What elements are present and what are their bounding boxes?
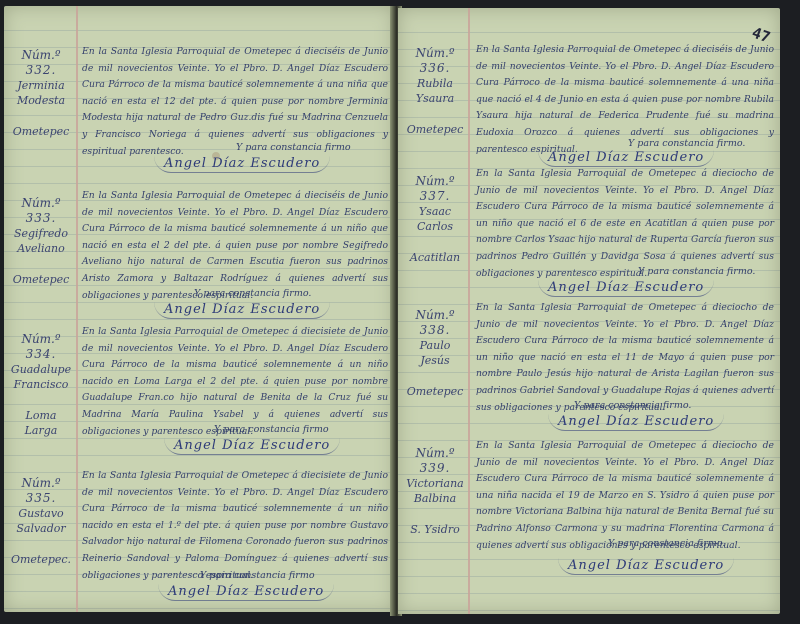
entry-number: 338.: [402, 323, 468, 338]
entry-place: Ometepec.: [8, 552, 74, 567]
baptized-first-name: Gustavo: [8, 506, 74, 521]
entry-number-label: Núm.º: [8, 196, 74, 211]
entry-closing: Y para constancia firmo.: [574, 400, 691, 411]
entry-text: En la Santa Iglesia Parroquial de Ometep…: [82, 324, 388, 440]
entry-number: 339.: [402, 461, 468, 476]
entry-place: Ometepec: [8, 124, 74, 139]
priest-signature: Angel Díaz Escudero: [538, 280, 714, 297]
entry-place: S. Ysidro: [402, 522, 468, 537]
entry-number-label: Núm.º: [8, 48, 74, 63]
entry-number-label: Núm.º: [402, 308, 468, 323]
entry-place: Loma Larga: [8, 408, 74, 438]
priest-signature: Angel Díaz Escudero: [164, 438, 340, 455]
entry-closing: Y para constancia firmo.: [638, 266, 755, 277]
baptized-second-name: Jesús: [402, 353, 468, 368]
right-page: 47 Núm.º 336. Rubila Ysaura Ometepec En …: [398, 8, 780, 614]
margin-rule: [76, 6, 78, 612]
entry-number: 334.: [8, 347, 74, 362]
entry-number-label: Núm.º: [8, 476, 74, 491]
priest-signature: Angel Díaz Escudero: [154, 302, 330, 319]
entry-closing: Y para constancia firmo.: [194, 288, 311, 299]
margin-rule: [468, 8, 470, 614]
entry-number-label: Núm.º: [402, 446, 468, 461]
entry-margin-note: Núm.º 337. Ysaac Carlos Acatitlan: [402, 174, 468, 265]
priest-signature: Angel Díaz Escudero: [548, 414, 724, 431]
entry-number-label: Núm.º: [402, 46, 468, 61]
entry-number: 336.: [402, 61, 468, 76]
baptized-first-name: Ysaac: [402, 204, 468, 219]
priest-signature: Angel Díaz Escudero: [154, 156, 330, 173]
entry-place: Ometepec: [8, 272, 74, 287]
priest-signature: Angel Díaz Escudero: [538, 150, 714, 167]
entry-text: En la Santa Iglesia Parroquial de Ometep…: [82, 468, 388, 584]
entry-margin-note: Núm.º 335. Gustavo Salvador Ometepec.: [8, 476, 74, 567]
entry-number-label: Núm.º: [8, 332, 74, 347]
entry-closing: Y para constancia firmo: [236, 142, 351, 153]
entry-closing: Y para constancia firmo: [214, 424, 329, 435]
entry-margin-note: Núm.º 336. Rubila Ysaura Ometepec: [402, 46, 468, 137]
entry-number-label: Núm.º: [402, 174, 468, 189]
entry-place: Acatitlan: [402, 250, 468, 265]
baptized-second-name: Aveliano: [8, 241, 74, 256]
entry-number: 332.: [8, 63, 74, 78]
baptized-second-name: Salvador: [8, 521, 74, 536]
baptized-second-name: Carlos: [402, 219, 468, 234]
baptized-first-name: Guadalupe: [8, 362, 74, 377]
left-page: Núm.º 332. Jerminia Modesta Ometepec En …: [4, 6, 394, 612]
baptized-second-name: Modesta: [8, 93, 74, 108]
entry-margin-note: Núm.º 333. Segifredo Aveliano Ometepec: [8, 196, 74, 287]
entry-margin-note: Núm.º 332. Jerminia Modesta Ometepec: [8, 48, 74, 139]
baptized-first-name: Rubila: [402, 76, 468, 91]
open-register-book: Núm.º 332. Jerminia Modesta Ometepec En …: [4, 6, 796, 618]
entry-place: Ometepec: [402, 122, 468, 137]
priest-signature: Angel Díaz Escudero: [558, 558, 734, 575]
entry-place: Ometepec: [402, 384, 468, 399]
baptized-first-name: Segifredo: [8, 226, 74, 241]
entry-closing: Y para constancia firmo: [200, 570, 315, 581]
entry-margin-note: Núm.º 334. Guadalupe Francisco Loma Larg…: [8, 332, 74, 438]
entry-number: 333.: [8, 211, 74, 226]
entry-text: En la Santa Iglesia Parroquial de Ometep…: [82, 188, 388, 304]
priest-signature: Angel Díaz Escudero: [158, 584, 334, 601]
entry-text: En la Santa Iglesia Parroquial de Ometep…: [476, 166, 774, 282]
baptized-first-name: Victoriana: [402, 476, 468, 491]
baptized-first-name: Paulo: [402, 338, 468, 353]
entry-text: En la Santa Iglesia Parroquial de Ometep…: [476, 300, 774, 416]
entry-number: 335.: [8, 491, 74, 506]
baptized-first-name: Jerminia: [8, 78, 74, 93]
entry-margin-note: Núm.º 339. Victoriana Balbina S. Ysidro: [402, 446, 468, 537]
entry-text: En la Santa Iglesia Parroquial de Ometep…: [476, 438, 774, 554]
baptized-second-name: Francisco: [8, 377, 74, 392]
baptized-second-name: Balbina: [402, 491, 468, 506]
entry-margin-note: Núm.º 338. Paulo Jesús Ometepec: [402, 308, 468, 399]
baptized-second-name: Ysaura: [402, 91, 468, 106]
entry-closing: Y para constancia firmo.: [628, 138, 745, 149]
entry-closing: Y para constancia firmo.: [608, 538, 725, 549]
entry-number: 337.: [402, 189, 468, 204]
